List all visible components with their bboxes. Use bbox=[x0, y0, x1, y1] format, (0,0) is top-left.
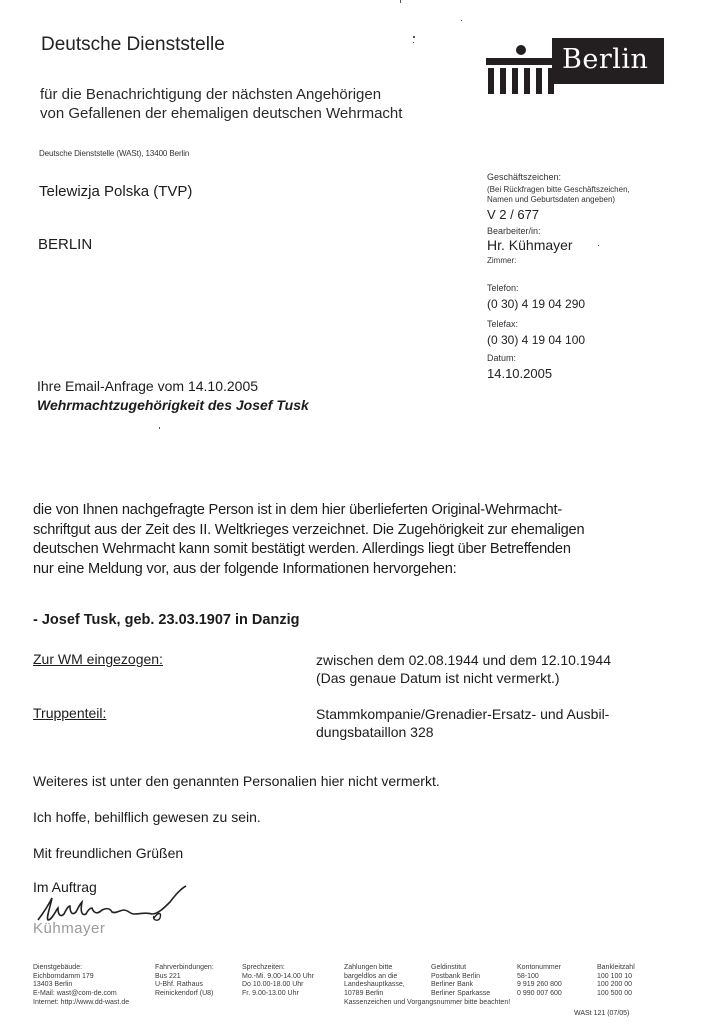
footer-payments-note: Kassenzeichen und Vorgangsnummer bitte b… bbox=[344, 999, 510, 1008]
footer-email[interactable]: E-Mail: wast@com-de.com bbox=[33, 990, 129, 999]
phone-label: Telefon: bbox=[487, 283, 519, 293]
closing-greeting: Mit freundlichen Grüßen bbox=[33, 845, 183, 861]
field-value-line: dungsbataillon 328 bbox=[316, 723, 609, 741]
bank-header: Kontonummer bbox=[517, 964, 562, 973]
logo-text: Berlin bbox=[562, 44, 648, 75]
scan-speck bbox=[413, 36, 415, 38]
paragraph-line: die von Ihnen nachgefragte Person ist in… bbox=[33, 501, 671, 521]
bank-cell: 100 200 00 bbox=[597, 981, 635, 990]
paragraph-line: deutschen Wehrmacht kann somit bestätigt… bbox=[33, 540, 671, 560]
footer-line: Dienstgebäude: bbox=[33, 964, 129, 973]
bank-cell: 58-100 bbox=[517, 973, 562, 982]
gate-column bbox=[488, 68, 494, 94]
bank-cell: 100 500 00 bbox=[597, 990, 635, 999]
return-address: Deutsche Dienststelle (WASt), 13400 Berl… bbox=[39, 149, 189, 158]
reference-note-line: Namen und Geburtsdaten angeben) bbox=[487, 195, 630, 205]
bank-cell: Postbank Berlin bbox=[431, 973, 490, 982]
footer-building: Dienstgebäude: Eichborndamm 179 13403 Be… bbox=[33, 964, 129, 1008]
field-value-enlisted: zwischen dem 02.08.1944 und dem 12.10.19… bbox=[316, 651, 611, 687]
scan-speck bbox=[598, 245, 599, 246]
subject-line: Ihre Email-Anfrage vom 14.10.2005 bbox=[37, 378, 258, 394]
footer-line: Fr. 9.00-13.00 Uhr bbox=[242, 990, 314, 999]
bank-header: Bankleitzahl bbox=[597, 964, 635, 973]
reference-note: (Bei Rückfragen bitte Geschäftszeichen, … bbox=[487, 185, 630, 205]
footer-website[interactable]: Internet: http://www.dd-wast.de bbox=[33, 999, 129, 1008]
footer-transport: Fahrverbindungen: Bus 221 U-Bhf. Rathaus… bbox=[155, 964, 214, 999]
scan-speck bbox=[159, 427, 160, 429]
bank-cell: Berliner Bank bbox=[431, 981, 490, 990]
paragraph-line: nur eine Meldung vor, aus der folgende I… bbox=[33, 560, 671, 580]
phone-value: (0 30) 4 19 04 290 bbox=[487, 297, 585, 311]
berlin-logo: Berlin bbox=[486, 38, 666, 96]
bank-cell: 100 100 10 bbox=[597, 973, 635, 982]
fax-label: Telefax: bbox=[487, 319, 518, 329]
org-title: Deutsche Dienststelle bbox=[41, 34, 225, 56]
scan-speck bbox=[461, 20, 462, 21]
form-number: WASt 121 (07/05) bbox=[574, 1010, 629, 1017]
recipient-city: BERLIN bbox=[38, 236, 92, 253]
field-label-enlisted: Zur WM eingezogen: bbox=[33, 651, 163, 667]
bank-header: Geldinstitut bbox=[431, 964, 490, 973]
bank-cell: 0 990 007 600 bbox=[517, 990, 562, 999]
date-value: 14.10.2005 bbox=[487, 366, 552, 381]
field-label-unit: Truppenteil: bbox=[33, 705, 106, 721]
reference-value: V 2 / 677 bbox=[487, 207, 539, 222]
gate-column bbox=[536, 68, 542, 94]
brandenburg-gate-icon bbox=[486, 58, 562, 65]
footer-bank-names: Geldinstitut Postbank Berlin Berliner Ba… bbox=[431, 964, 490, 999]
clerk-label: Bearbeiter/in: bbox=[487, 226, 541, 236]
footer-line: Reinickendorf (U8) bbox=[155, 990, 214, 999]
footer-hours: Sprechzeiten: Mo.-Mi. 9.00-14.00 Uhr Do … bbox=[242, 964, 314, 999]
footer-line: Eichborndamm 179 bbox=[33, 973, 129, 982]
bank-cell: 9 919 260 800 bbox=[517, 981, 562, 990]
gate-column bbox=[524, 68, 530, 94]
scan-speck bbox=[400, 0, 401, 3]
paragraph-line: schriftgut aus der Zeit des II. Weltkrie… bbox=[33, 521, 671, 541]
footer-line: Fahrverbindungen: bbox=[155, 964, 214, 973]
closing-line: Ich hoffe, behilflich gewesen zu sein. bbox=[33, 809, 261, 825]
reference-note-line: (Bei Rückfragen bitte Geschäftszeichen, bbox=[487, 185, 630, 195]
reference-label: Geschäftszeichen: bbox=[487, 172, 561, 182]
bank-cell: Berliner Sparkasse bbox=[431, 990, 490, 999]
fax-value: (0 30) 4 19 04 100 bbox=[487, 333, 585, 347]
room-label: Zimmer: bbox=[487, 256, 516, 265]
subject-title: Wehrmachtzugehörigkeit des Josef Tusk bbox=[37, 397, 309, 413]
closing-line: Weiteres ist unter den genannten Persona… bbox=[33, 773, 440, 789]
scan-speck bbox=[413, 42, 414, 43]
gate-column bbox=[500, 68, 506, 94]
recipient-name: Telewizja Polska (TVP) bbox=[39, 183, 192, 200]
footer-line: Mo.-Mi. 9.00-14.00 Uhr bbox=[242, 973, 314, 982]
footer-line: Do 10.00-18.00 Uhr bbox=[242, 981, 314, 990]
gate-column bbox=[512, 68, 518, 94]
logo-dot bbox=[516, 45, 526, 55]
footer-line: U-Bhf. Rathaus bbox=[155, 981, 214, 990]
date-label: Datum: bbox=[487, 353, 516, 363]
footer-line: 13403 Berlin bbox=[33, 981, 129, 990]
org-subtitle-line: von Gefallenen der ehemaligen deutschen … bbox=[40, 104, 402, 123]
footer-bank-codes: Bankleitzahl 100 100 10 100 200 00 100 5… bbox=[597, 964, 635, 999]
footer-bank-accounts: Kontonummer 58-100 9 919 260 800 0 990 0… bbox=[517, 964, 562, 999]
signature-name: Kühmayer bbox=[33, 920, 105, 937]
clerk-value: Hr. Kühmayer bbox=[487, 237, 573, 253]
org-subtitle: für die Benachrichtigung der nächsten An… bbox=[40, 85, 402, 123]
footer-line: Bus 221 bbox=[155, 973, 214, 982]
footer-line: Sprechzeiten: bbox=[242, 964, 314, 973]
body-paragraph: die von Ihnen nachgefragte Person ist in… bbox=[33, 501, 671, 579]
org-subtitle-line: für die Benachrichtigung der nächsten An… bbox=[40, 85, 402, 104]
field-value-line: Stammkompanie/Grenadier-Ersatz- und Ausb… bbox=[316, 705, 609, 723]
person-heading: - Josef Tusk, geb. 23.03.1907 in Danzig bbox=[33, 612, 299, 628]
field-value-unit: Stammkompanie/Grenadier-Ersatz- und Ausb… bbox=[316, 705, 609, 741]
field-value-line: (Das genaue Datum ist nicht vermerkt.) bbox=[316, 669, 611, 687]
field-value-line: zwischen dem 02.08.1944 und dem 12.10.19… bbox=[316, 651, 611, 669]
gate-column bbox=[548, 68, 554, 94]
